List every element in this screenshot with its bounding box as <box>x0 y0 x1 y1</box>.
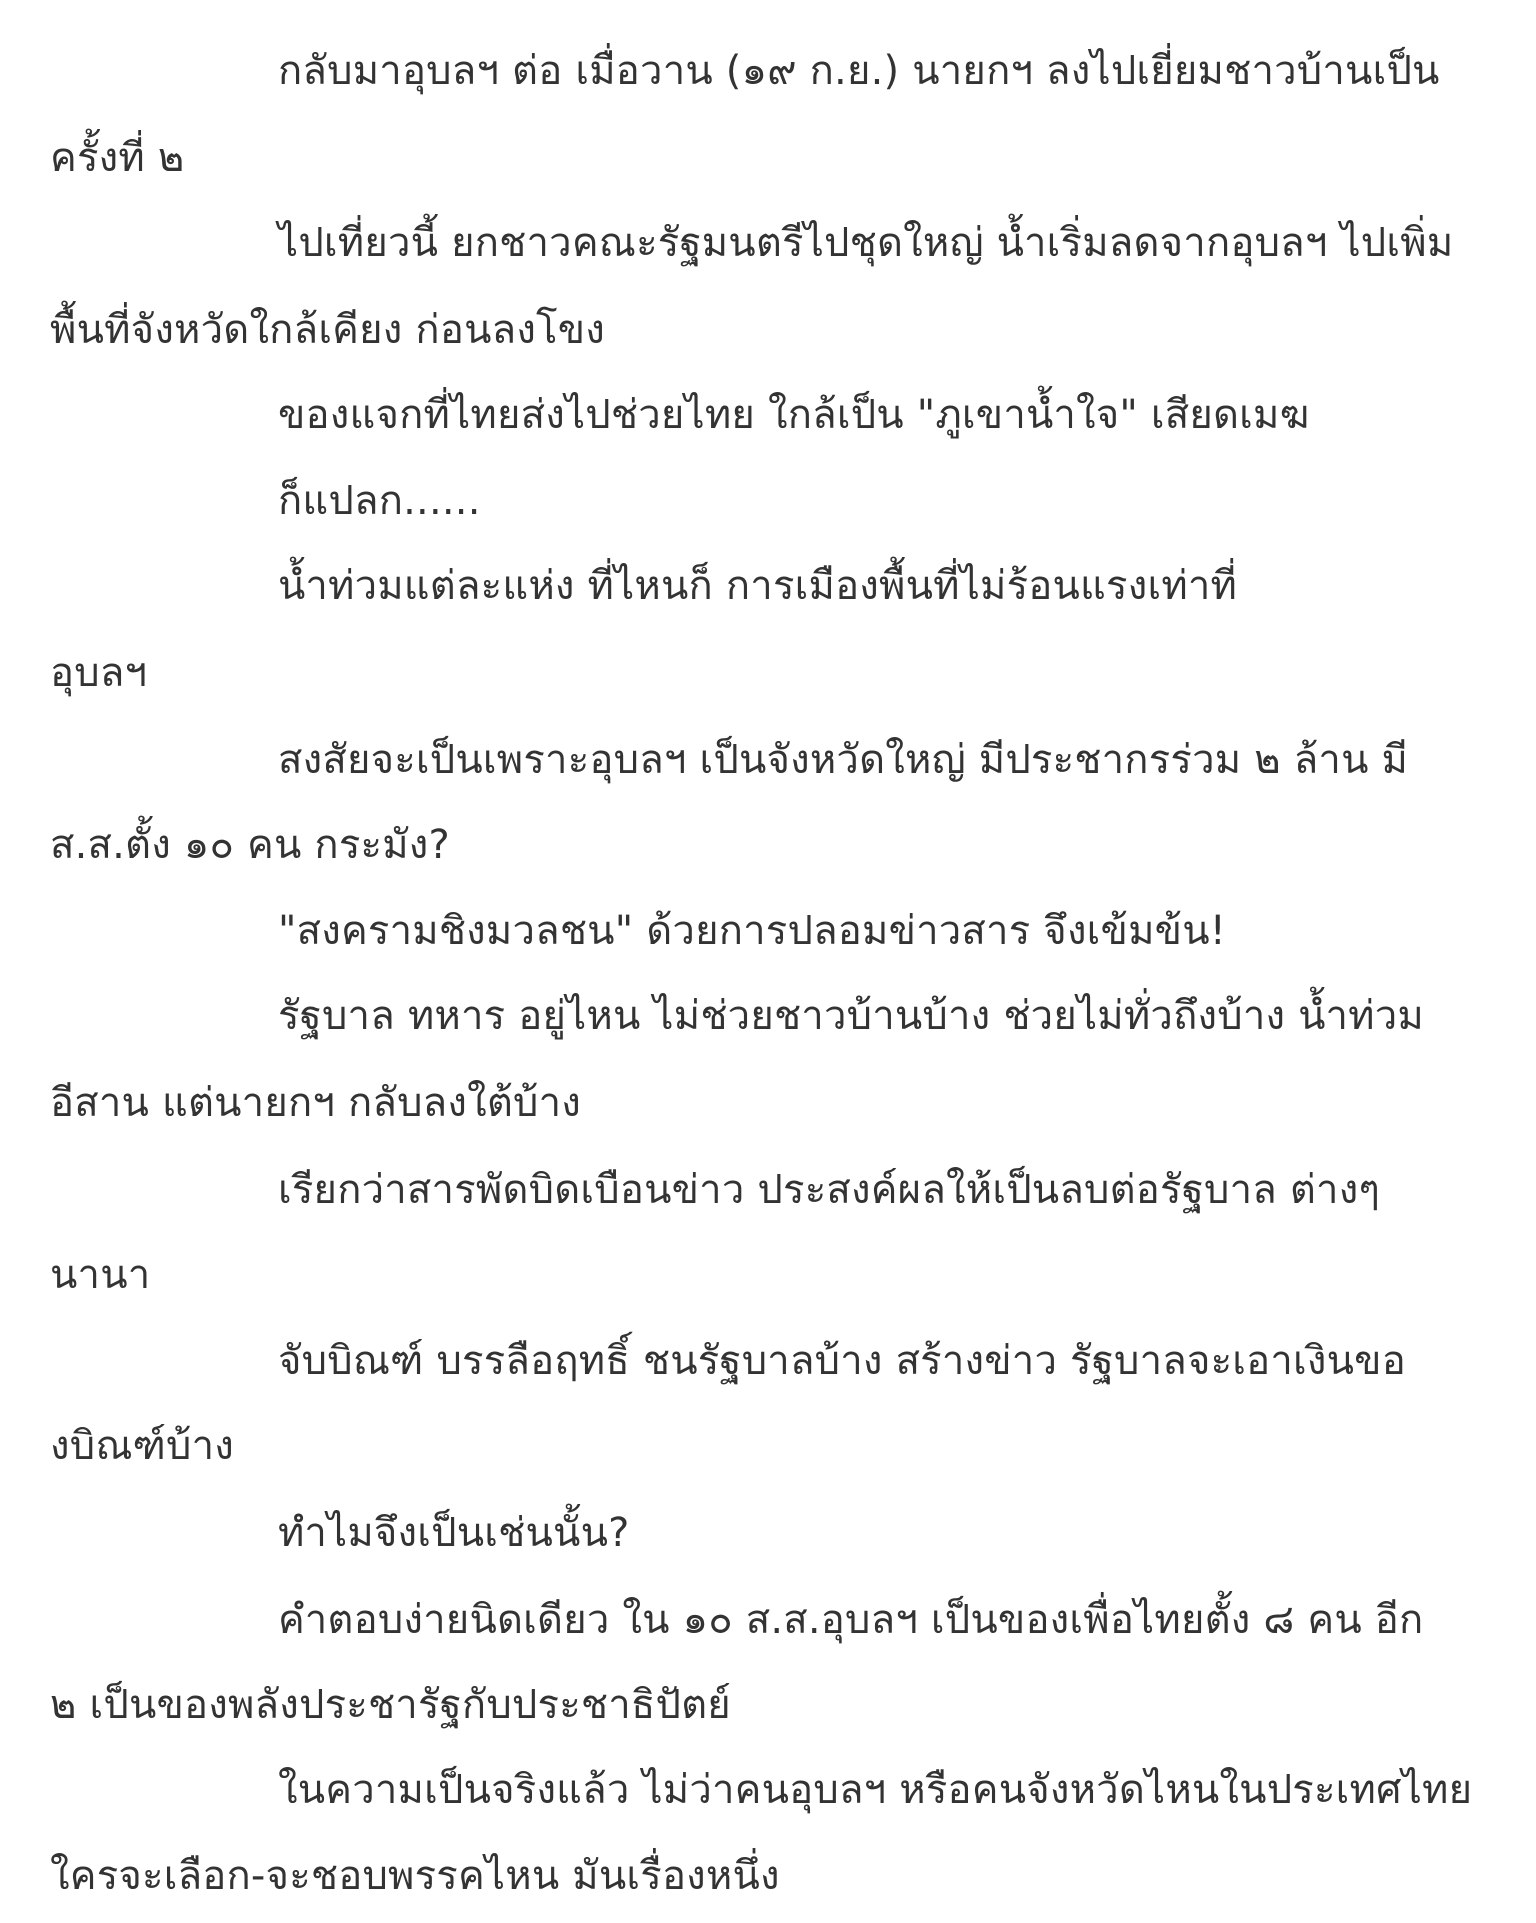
text-line: งบิณฑ์บ้าง <box>50 1422 234 1470</box>
text-line: เรียกว่าสารพัดบิดเบือนข่าว ประสงค์ผลให้เ… <box>278 1166 1380 1214</box>
text-line: นานา <box>50 1251 150 1299</box>
text-line: ๒ เป็นของพลังประชารัฐกับประชาธิปัตย์ <box>50 1681 731 1729</box>
text-line: ของแจกที่ไทยส่งไปช่วยไทย ใกล้เป็น "ภูเขา… <box>278 391 1310 439</box>
text-line: น้ำท่วมแต่ละแห่ง ที่ไหนก็ การเมืองพื้นที… <box>278 562 1237 610</box>
document-page: กลับมาอุบลฯ ต่อ เมื่อวาน (๑๙ ก.ย.) นายกฯ… <box>0 0 1536 1923</box>
text-line: รัฐบาล ทหาร อยู่ไหน ไม่ช่วยชาวบ้านบ้าง ช… <box>278 992 1424 1040</box>
text-line: จับบิณฑ์ บรรลือฤทธิ์ ชนรัฐบาลบ้าง สร้างข… <box>278 1337 1406 1385</box>
text-line: ครั้งที่ ๒ <box>50 134 184 182</box>
text-line: ก็แปลก...... <box>278 477 481 525</box>
text-line: กลับมาอุบลฯ ต่อ เมื่อวาน (๑๙ ก.ย.) นายกฯ… <box>278 47 1440 95</box>
text-line: พื้นที่จังหวัดใกล้เคียง ก่อนลงโขง <box>50 306 605 354</box>
text-line: ใครจะเลือก-จะชอบพรรคไหน มันเรื่องหนึ่ง <box>50 1852 780 1900</box>
text-line: อุบลฯ <box>50 649 147 697</box>
text-line: ในความเป็นจริงแล้ว ไม่ว่าคนอุบลฯ หรือคนจ… <box>278 1766 1472 1814</box>
text-line: "สงครามชิงมวลชน" ด้วยการปลอมข่าวสาร จึงเ… <box>278 907 1226 955</box>
text-line: ส.ส.ตั้ง ๑๐ คน กระมัง? <box>50 821 450 869</box>
text-line: ไปเที่ยวนี้ ยกชาวคณะรัฐมนตรีไปชุดใหญ่ น้… <box>278 219 1453 267</box>
text-line: สงสัยจะเป็นเพราะอุบลฯ เป็นจังหวัดใหญ่ มี… <box>278 736 1408 784</box>
text-line: คำตอบง่ายนิดเดียว ใน ๑๐ ส.ส.อุบลฯ เป็นขอ… <box>278 1596 1423 1644</box>
text-line: ทำไมจึงเป็นเช่นนั้น? <box>278 1509 630 1557</box>
text-line: อีสาน แต่นายกฯ กลับลงใต้บ้าง <box>50 1079 581 1127</box>
